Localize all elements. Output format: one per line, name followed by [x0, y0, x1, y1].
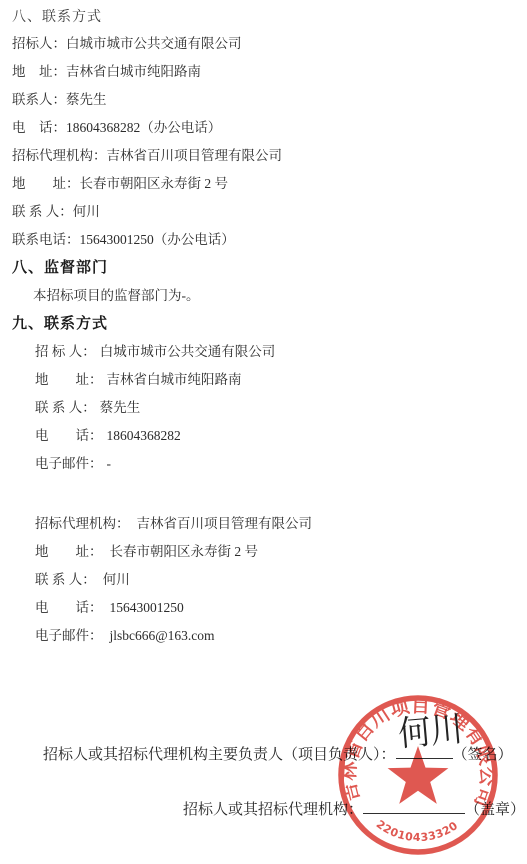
section9-heading: 九、联系方式 [12, 310, 519, 338]
field-value: 蔡先生 [100, 400, 141, 415]
seal-star-icon [388, 746, 449, 804]
handwritten-signature: 何川 [397, 711, 464, 751]
field-value: 吉林省百川项目管理有限公司 [107, 148, 283, 163]
contact-row-tenderer-name: 招标人：白城市城市公共交通有限公司 [12, 30, 519, 58]
contact-row-agency-name: 招标代理机构：吉林省百川项目管理有限公司 [12, 510, 519, 538]
field-value: 15643001250（办公电话） [80, 232, 235, 247]
field-label: 电 话： [35, 428, 103, 443]
supervision-body: 本招标项目的监督部门为-。 [12, 282, 519, 310]
field-value: 15643001250 [110, 600, 184, 615]
field-value: 18604368282（办公电话） [66, 120, 221, 135]
field-value: 何川 [73, 204, 100, 219]
contact-row-agency-address: 地 址：长春市朝阳区永寿街 2 号 [12, 538, 519, 566]
document-body: 八、联系方式 招标人：白城市城市公共交通有限公司 地 址：吉林省白城市纯阳路南 … [12, 6, 519, 650]
contact-row-tenderer-contact: 联 系 人：蔡先生 [12, 394, 519, 422]
field-value: 吉林省百川项目管理有限公司 [137, 516, 313, 531]
field-label: 联 系 人： [35, 572, 96, 587]
field-label: 招标代理机构： [12, 148, 107, 163]
field-label: 联系人： [12, 92, 66, 107]
field-label: 电 话： [35, 600, 103, 615]
field-value: 18604368282 [107, 428, 181, 443]
field-label: 招标人： [12, 36, 66, 51]
contact-row-agency-contact: 联 系 人：何川 [12, 566, 519, 594]
contact-row-tenderer-phone: 电 话：18604368282（办公电话） [12, 114, 519, 142]
field-label: 招 标 人： [35, 344, 96, 359]
field-value: jlsbc666@163.com [110, 628, 215, 643]
field-value: 吉林省白城市纯阳路南 [107, 372, 242, 387]
contact-row-agency-email: 电子邮件：jlsbc666@163.com [12, 622, 519, 650]
field-label: 电 话： [12, 120, 66, 135]
field-label: 地 址： [12, 64, 66, 79]
document-page: 八、联系方式 招标人：白城市城市公共交通有限公司 地 址：吉林省白城市纯阳路南 … [0, 0, 527, 864]
field-label: 联系电话： [12, 232, 80, 247]
field-value: 何川 [103, 572, 130, 587]
field-value: 吉林省白城市纯阳路南 [66, 64, 201, 79]
field-label: 招标代理机构： [35, 516, 130, 531]
contact-row-agency-address: 地 址：长春市朝阳区永寿街 2 号 [12, 170, 519, 198]
contact-row-tenderer-contact: 联系人：蔡先生 [12, 86, 519, 114]
field-label: 电子邮件： [35, 628, 103, 643]
field-label: 联 系 人： [12, 204, 73, 219]
field-label: 联 系 人： [35, 400, 96, 415]
field-value: 白城市城市公共交通有限公司 [66, 36, 242, 51]
field-label: 电子邮件： [35, 456, 103, 471]
contact-row-tenderer-email: 电子邮件：- [12, 450, 519, 478]
section9-agency-group: 招标代理机构：吉林省百川项目管理有限公司 地 址：长春市朝阳区永寿街 2 号 联… [12, 510, 519, 650]
contact-row-agency-phone: 联系电话：15643001250（办公电话） [12, 226, 519, 254]
contact-row-agency-phone: 电 话：15643001250 [12, 594, 519, 622]
field-value: 白城市城市公共交通有限公司 [100, 344, 276, 359]
supervision-heading: 八、监督部门 [12, 254, 519, 282]
field-value: 长春市朝阳区永寿街 2 号 [110, 544, 259, 559]
group-gap [12, 478, 519, 510]
field-label: 地 址： [12, 176, 80, 191]
contact-row-agency-name: 招标代理机构：吉林省百川项目管理有限公司 [12, 142, 519, 170]
field-label: 地 址： [35, 372, 103, 387]
section9-tenderer-group: 招 标 人：白城市城市公共交通有限公司 地 址：吉林省白城市纯阳路南 联 系 人… [12, 338, 519, 478]
field-label: 地 址： [35, 544, 103, 559]
contact-row-tenderer-phone: 电 话：18604368282 [12, 422, 519, 450]
contact-row-tenderer-address: 地 址：吉林省白城市纯阳路南 [12, 58, 519, 86]
field-value: 蔡先生 [66, 92, 107, 107]
field-value: - [107, 456, 112, 471]
section8-heading: 八、联系方式 [12, 6, 519, 30]
contact-row-agency-contact: 联 系 人：何川 [12, 198, 519, 226]
field-value: 长春市朝阳区永寿街 2 号 [80, 176, 229, 191]
contact-row-tenderer-address: 地 址：吉林省白城市纯阳路南 [12, 366, 519, 394]
contact-row-tenderer-name: 招 标 人：白城市城市公共交通有限公司 [12, 338, 519, 366]
